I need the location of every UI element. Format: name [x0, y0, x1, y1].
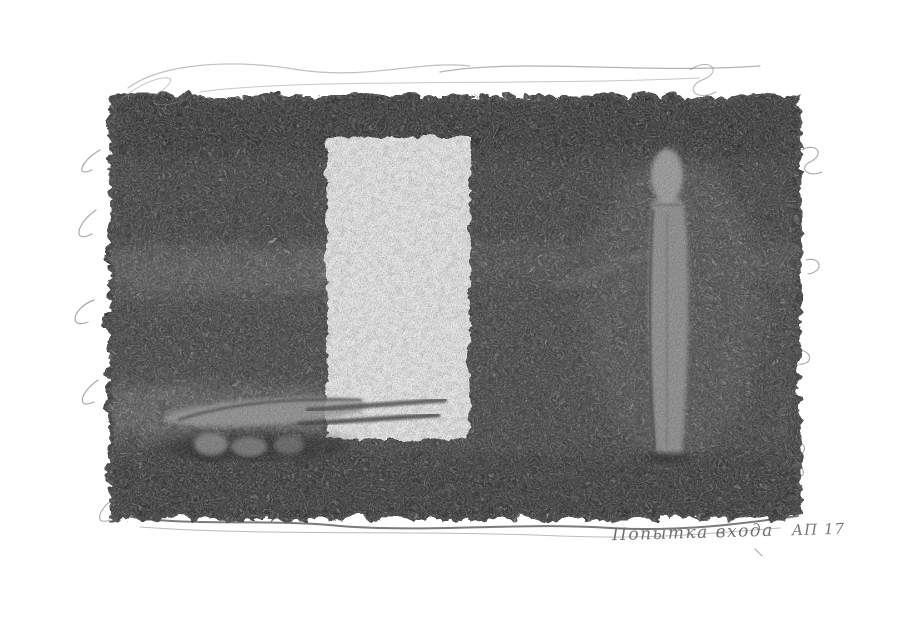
artwork-page: Попытка входаАП 17 — [0, 0, 900, 636]
caption-signature: АП 17 — [792, 520, 846, 539]
sparkle-overlay — [112, 100, 792, 510]
